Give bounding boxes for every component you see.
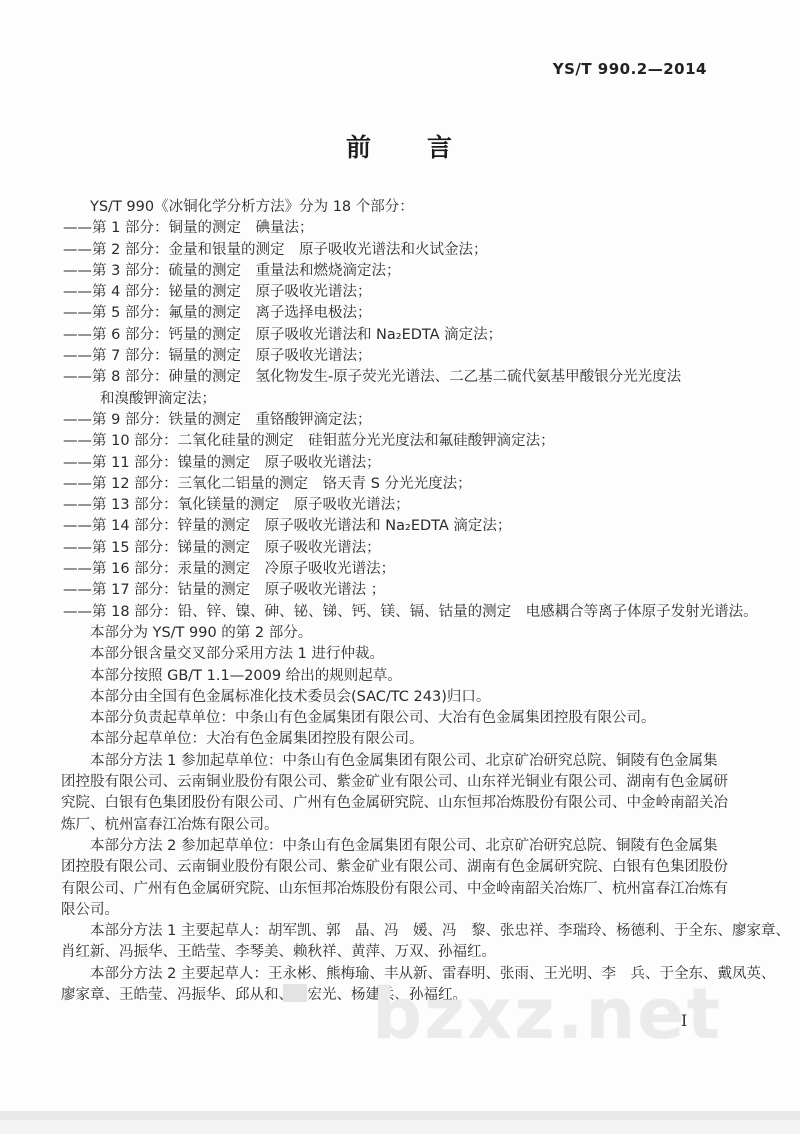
- foreword-line: 本部分为 YS/T 990 的第 2 部分。: [61, 623, 739, 644]
- foreword-line: 究院、白银有色集团股份有限公司、广州有色金属研究院、山东恒邦冶炼股份有限公司、中…: [61, 793, 739, 814]
- foreword-line: ——第 10 部分：二氧化硅量的测定 硅钼蓝分光光度法和氟硅酸钾滴定法；: [61, 431, 739, 452]
- foreword-line: ——第 4 部分：铋量的测定 原子吸收光谱法；: [61, 282, 739, 303]
- foreword-line: ——第 15 部分：锑量的测定 原子吸收光谱法；: [61, 538, 739, 559]
- foreword-line: ——第 1 部分：铜量的测定 碘量法；: [61, 218, 739, 239]
- foreword-line: 本部分按照 GB/T 1.1—2009 给出的规则起草。: [61, 666, 739, 687]
- foreword-line: 有限公司、广州有色金属研究院、山东恒邦冶炼股份有限公司、中金岭南韶关冶炼厂、杭州…: [61, 879, 739, 900]
- foreword-line: 肖红新、冯振华、王皓莹、李琴美、赖秋祥、黄萍、万双、孙福红。: [61, 942, 739, 963]
- foreword-line: YS/T 990《冰铜化学分析方法》分为 18 个部分：: [61, 197, 739, 218]
- document-page: YS/T 990.2—2014 前 言 YS/T 990《冰铜化学分析方法》分为…: [0, 0, 800, 1134]
- foreword-line: ——第 6 部分：钙量的测定 原子吸收光谱法和 Na₂EDTA 滴定法；: [61, 325, 739, 346]
- foreword-line: 本部分银含量交叉部分采用方法 1 进行仲裁。: [61, 644, 739, 665]
- foreword-line: 和溴酸钾滴定法；: [61, 389, 739, 410]
- foreword-line: 本部分由全国有色金属标准化技术委员会(SAC/TC 243)归口。: [61, 687, 739, 708]
- foreword-line: 本部分方法 1 主要起草人：胡军凯、郭 晶、冯 媛、冯 黎、张忠祥、李瑞玲、杨德…: [61, 921, 739, 942]
- foreword-line: ——第 9 部分：铁量的测定 重铬酸钾滴定法；: [61, 410, 739, 431]
- foreword-line: ——第 12 部分：三氧化二铝量的测定 铬天青 S 分光光度法；: [61, 474, 739, 495]
- foreword-body: YS/T 990《冰铜化学分析方法》分为 18 个部分：——第 1 部分：铜量的…: [61, 197, 739, 1006]
- foreword-line: 本部分起草单位：大冶有色金属集团控股有限公司。: [61, 729, 739, 750]
- foreword-line: 炼厂、杭州富春江冶炼有限公司。: [61, 815, 739, 836]
- page-number: I: [681, 1011, 687, 1030]
- foreword-line: 团控股有限公司、云南铜业股份有限公司、紫金矿业有限公司、山东祥光铜业有限公司、湖…: [61, 772, 739, 793]
- foreword-line: ——第 11 部分：镍量的测定 原子吸收光谱法；: [61, 453, 739, 474]
- foreword-line: 本部分方法 2 参加起草单位：中条山有色金属集团有限公司、北京矿冶研究总院、铜陵…: [61, 836, 739, 857]
- foreword-line: 限公司。: [61, 900, 739, 921]
- foreword-line: 本部分方法 1 参加起草单位：中条山有色金属集团有限公司、北京矿冶研究总院、铜陵…: [61, 751, 739, 772]
- foreword-line: ——第 5 部分：氟量的测定 离子选择电极法；: [61, 303, 739, 324]
- watermark-text: bzxz.net: [372, 973, 722, 1055]
- scan-edge-strip: [0, 1111, 800, 1120]
- foreword-line: ——第 2 部分：金量和银量的测定 原子吸收光谱法和火试金法；: [61, 240, 739, 261]
- foreword-line: ——第 16 部分：汞量的测定 冷原子吸收光谱法；: [61, 559, 739, 580]
- page-title: 前 言: [0, 128, 800, 164]
- foreword-line: 本部分负责起草单位：中条山有色金属集团有限公司、大冶有色金属集团控股有限公司。: [61, 708, 739, 729]
- scan-artifact: [283, 984, 307, 1002]
- foreword-line: ——第 8 部分：砷量的测定 氢化物发生-原子荧光光谱法、二乙基二硫代氨基甲酸银…: [61, 367, 739, 388]
- foreword-line: ——第 7 部分：镉量的测定 原子吸收光谱法；: [61, 346, 739, 367]
- scan-bottom-margin: [0, 1120, 800, 1134]
- foreword-line: ——第 14 部分：锌量的测定 原子吸收光谱法和 Na₂EDTA 滴定法；: [61, 516, 739, 537]
- foreword-line: ——第 13 部分：氧化镁量的测定 原子吸收光谱法；: [61, 495, 739, 516]
- foreword-line: ——第 17 部分：钴量的测定 原子吸收光谱法 ；: [61, 580, 739, 601]
- foreword-line: 团控股有限公司、云南铜业股份有限公司、紫金矿业有限公司、湖南有色金属研究院、白银…: [61, 857, 739, 878]
- foreword-line: ——第 18 部分：铅、锌、镍、砷、铋、锑、钙、镁、镉、钴量的测定 电感耦合等离…: [61, 602, 739, 623]
- foreword-line: ——第 3 部分：硫量的测定 重量法和燃烧滴定法；: [61, 261, 739, 282]
- standard-code: YS/T 990.2—2014: [553, 60, 707, 78]
